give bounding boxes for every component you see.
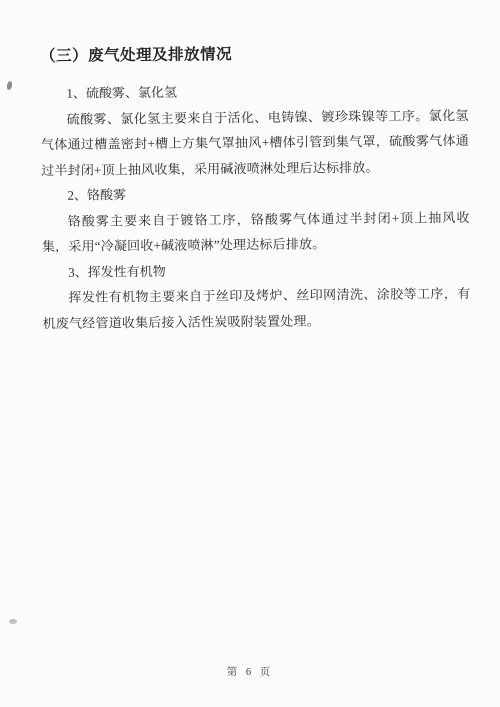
section-heading: （三）废气处理及排放情况 <box>40 42 468 67</box>
subsection-3-paragraph: 挥发性有机物主要来自于丝印及烤炉、丝印网清洗、涂胶等工序，有机废气经管道收集后接… <box>42 281 470 336</box>
scan-content: （三）废气处理及排放情况 1、硫酸雾、氯化氢 硫酸雾、氯化氢主要来自于活化、电铸… <box>40 42 471 336</box>
scan-speck <box>6 81 13 91</box>
subsection-2-paragraph: 铬酸雾主要来自于镀铬工序，铬酸雾气体通过半封闭+顶上抽风收集，采用“冷凝回收+碱… <box>42 204 470 259</box>
subsection-1-paragraph: 硫酸雾、氯化氢主要来自于活化、电铸镍、镀珍珠镍等工序。氯化氢气体通过槽盖密封+槽… <box>41 102 470 183</box>
document-page: （三）废气处理及排放情况 1、硫酸雾、氯化氢 硫酸雾、氯化氢主要来自于活化、电铸… <box>0 0 500 707</box>
scan-speck <box>9 619 17 624</box>
page-footer: 第 6 页 <box>0 664 500 679</box>
scan-speck <box>54 60 59 63</box>
